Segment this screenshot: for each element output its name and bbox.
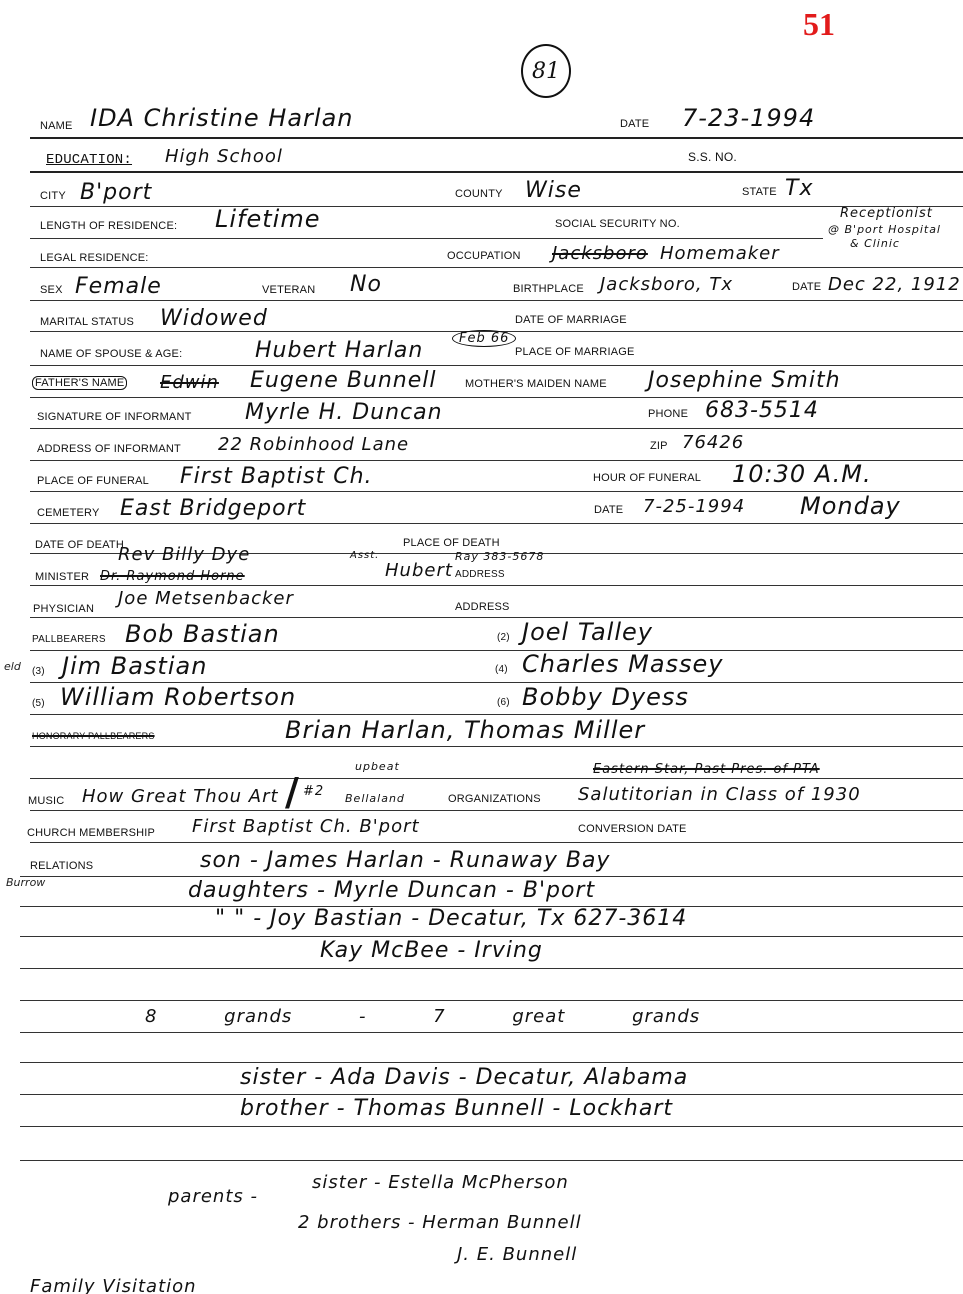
parents-brother-2: J. E. Bunnell [457,1244,577,1265]
date-value: 7-23-1994 [682,104,815,132]
funeral-date-label: DATE [594,504,623,516]
organizations-value: Salutitorian in Class of 1930 [578,784,861,805]
minister-address-label: ADDRESS [455,569,505,580]
city-label: CITY [40,190,66,202]
rule [30,300,963,301]
ssn-label: SOCIAL SECURITY NO. [555,218,680,230]
phone-label: PHONE [648,408,688,420]
relation-line-9: brother - Thomas Bunnell - Lockhart [240,1096,673,1121]
physician-value: Joe Metsenbacker [118,588,294,609]
hour-of-funeral-value: 10:30 A.M. [732,460,872,488]
legal-residence-label: LEGAL RESIDENCE: [40,252,149,264]
honorary-pallbearers-value: Brian Harlan, Thomas Miller [285,716,645,744]
marital-status-label: MARITAL STATUS [40,316,134,328]
rule [20,1126,963,1127]
rule [20,1062,963,1063]
church-membership-label: CHURCH MEMBERSHIP [27,827,155,839]
relation-line-1: son - James Harlan - Runaway Bay [200,848,610,873]
music-label: MUSIC [28,795,64,807]
date-of-marriage-label: DATE OF MARRIAGE [515,314,627,326]
father-struck: Edwin [160,372,219,393]
informant-address-value: 22 Robinhood Lane [218,434,409,455]
date-of-death-label: DATE OF DEATH [35,539,124,551]
parents-prefix: parents - [168,1186,258,1207]
marriage-date-value: Feb 66 [452,330,516,347]
place-of-funeral-value: First Baptist Ch. [180,464,373,489]
veteran-label: VETERAN [262,284,315,296]
music-number-note: #2 [303,784,324,799]
relation-line-3: " " - Joy Bastian - Decatur, Tx 627-3614 [215,906,687,931]
margin-note-left-1: eld [4,660,21,673]
city-value: B'port [80,180,152,205]
state-label: STATE [742,186,777,198]
county-label: COUNTY [455,188,503,200]
father-label: FATHER'S NAME [32,376,127,390]
birth-date-value: Dec 22, 1912 [828,274,961,295]
pallbearer-4-num: (4) [495,664,508,675]
physician-label: PHYSICIAN [33,603,94,615]
rule [30,206,963,207]
physician-address-label: ADDRESS [455,601,510,613]
place-of-funeral-label: PLACE OF FUNERAL [37,475,149,487]
rule [30,810,963,811]
phone-value: 683-5514 [705,398,819,423]
mother-label: MOTHER'S MAIDEN NAME [465,378,607,390]
rule [20,1000,963,1001]
birthplace-value: Jacksboro, Tx [600,274,733,295]
pallbearer-2: Joel Talley [522,618,653,646]
cemetery-value: East Bridgeport [120,496,306,521]
informant-address-label: ADDRESS OF INFORMANT [37,443,181,455]
honorary-pallbearers-label: HONORARY PALLBEARERS [32,731,155,741]
margin-note-left-2: Burrow [6,876,45,889]
rule [20,1032,963,1033]
informant-signature-label: SIGNATURE OF INFORMANT [37,411,192,423]
funeral-date-value: 7-25-1994 [643,496,745,517]
page-number: 51 [803,6,835,43]
date-label: DATE [620,118,649,130]
minister-value: Rev Billy Dye [118,544,250,565]
rule [30,365,963,366]
minister-asst-note: Ray 383-5678 [455,550,544,563]
rule [20,936,963,937]
music-value: How Great Thou Art [82,786,279,807]
pallbearer-3-num: (3) [32,666,45,677]
record-number: 81 [521,44,571,98]
occupation-note-3: & Clinic [850,237,900,250]
spouse-label: NAME OF SPOUSE & Age: [40,348,182,360]
sex-value: Female [75,274,162,299]
rule [20,1160,963,1161]
rule [30,617,963,618]
parents-sister: sister - Estella McPherson [312,1172,569,1193]
education-label: EDUCATION: [46,152,132,168]
birth-date-label: DATE [792,281,821,293]
rule [30,137,963,139]
rule [30,238,823,239]
hour-of-funeral-label: HOUR OF FUNERAL [593,472,701,484]
minister-label: MINISTER [35,571,89,583]
cemetery-label: CEMETERY [37,507,100,519]
spouse-value: Hubert Harlan [255,338,423,363]
rule [30,523,963,524]
relations-label: RELATIONS [30,860,93,872]
rule [30,778,963,779]
father-value: Eugene Bunnell [250,368,437,393]
pallbearer-4: Charles Massey [522,650,724,678]
occupation-value: Homemaker [660,243,780,264]
rule [30,428,963,429]
minister-asst-label: Asst. [350,550,379,561]
place-of-death-label: PLACE OF DEATH [403,537,500,549]
occupation-struck: Jacksboro [552,243,648,264]
rule [20,968,963,969]
mother-value: Josephine Smith [648,368,841,393]
organizations-label: ORGANIZATIONS [448,793,541,805]
zip-value: 76426 [682,432,744,453]
rule [30,171,963,173]
pallbearer-5: William Robertson [60,683,296,711]
minister-asst-name: Hubert [385,560,453,581]
relation-line-6: 8 grands - 7 great grands [145,1006,700,1027]
veteran-value: No [350,272,382,297]
relation-line-4: Kay McBee - Irving [320,938,543,963]
pallbearer-5-num: (5) [32,698,45,709]
state-value: Tx [785,176,813,201]
name-label: NAME [40,120,73,132]
pallbearer-1: Bob Bastian [125,620,280,648]
informant-signature-value: Myrle H. Duncan [245,400,443,425]
occupation-note-1: Receptionist [840,206,933,221]
rule [30,397,963,398]
rule [30,267,963,268]
funeral-day-value: Monday [800,492,901,520]
music-divider: / [285,770,299,814]
place-of-marriage-label: PLACE OF MARRIAGE [515,346,635,358]
occupation-label: OCCUPATION [447,250,521,262]
music-lower-note: Bellaland [345,792,405,805]
rule [30,650,963,651]
name-value: IDA Christine Harlan [90,104,354,132]
birthplace-label: BIRTHPLACE [513,283,584,295]
pallbearer-3: Jim Bastian [62,652,207,680]
rule [20,1094,963,1095]
pallbearers-label: PALLBEARERS [32,634,106,645]
relation-line-8: sister - Ada Davis - Decatur, Alabama [240,1065,688,1090]
county-value: Wise [525,178,582,203]
education-value: High School [165,146,283,167]
zip-label: ZIP [650,440,668,452]
residence-length-label: LENGTH OF RESIDENCE: [40,220,177,232]
rule [30,746,963,747]
relation-line-2: daughters - Myrle Duncan - B'port [188,878,595,903]
church-membership-value: First Baptist Ch. B'port [192,816,420,837]
pallbearer-6-num: (6) [497,697,510,708]
organizations-upper-note: Eastern Star, Past Pres. of PTA [593,762,820,777]
rule [30,714,963,715]
marital-status-value: Widowed [160,306,268,331]
footer-note: Family Visitation [30,1276,197,1294]
parents-brothers: 2 brothers - Herman Bunnell [298,1212,582,1233]
ss-no-label: S.S. NO. [688,150,737,164]
residence-length-value: Lifetime [215,205,320,233]
rule [30,842,963,843]
music-upper-note: upbeat [355,760,400,773]
pallbearer-2-num: (2) [497,632,510,643]
pallbearer-6: Bobby Dyess [522,683,689,711]
conversion-date-label: CONVERSION DATE [578,823,687,835]
rule [30,585,963,586]
sex-label: SEX [40,284,63,296]
occupation-note-2: @ B'port Hospital [828,223,941,236]
minister-struck: Dr. Raymond Horne [100,569,245,584]
rule [20,876,963,877]
